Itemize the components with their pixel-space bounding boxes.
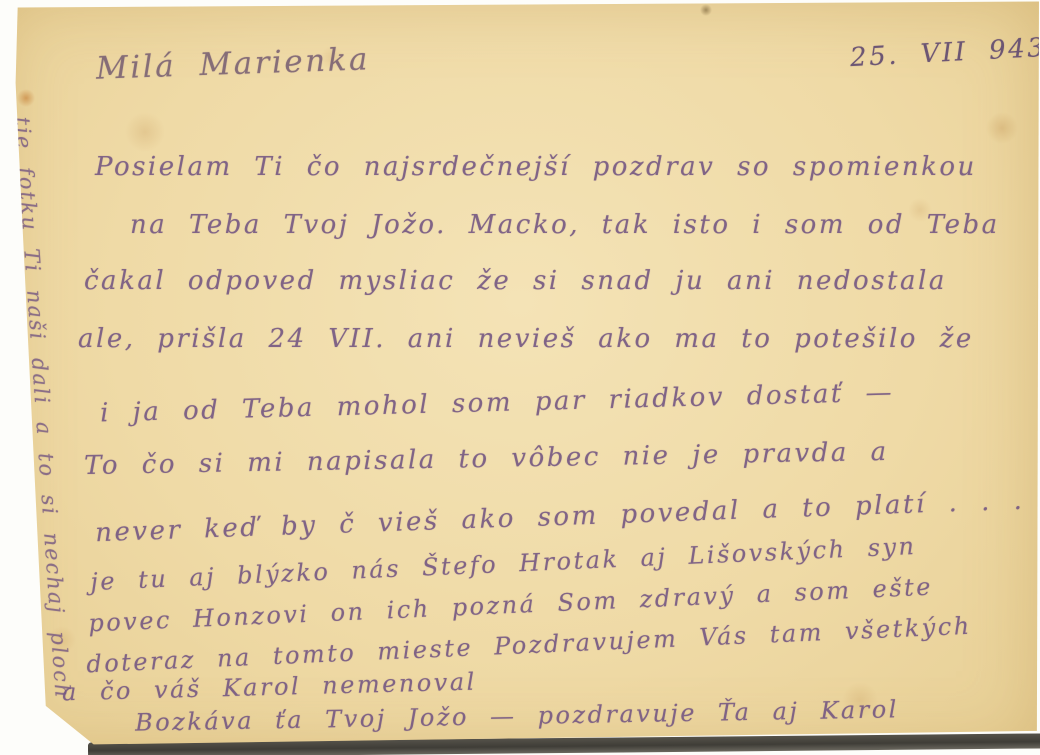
letter-line: i ja od Teba mohol som par riadkov dosta… [100,378,895,429]
postcard-paper: Milá Marienka 25. VII 943 tie fotku Ti n… [0,0,1040,755]
letter-date: 25. VII 943 [849,33,1040,73]
letter-line: To čo si mi napisala to vôbec nie je pra… [84,437,889,481]
letter-line: ale, prišla 24 VII. ani nevieš ako ma to… [78,324,974,354]
letter-greeting: Milá Marienka [95,41,370,87]
scanned-postcard: Milá Marienka 25. VII 943 tie fotku Ti n… [0,0,1040,755]
letter-signature-line: Bozkáva ťa Tvoj Jožo — pozdravuje Ťa aj … [135,695,899,736]
letter-line: na Teba Tvoj Jožo. Macko, tak isto i som… [130,210,1000,240]
letter-line: Posielam Ti čo najsrdečnejší pozdrav so … [95,152,977,182]
letter-line: čakal odpoved mysliac že si snad ju ani … [84,266,947,296]
left-margin-note: tie fotku Ti naši dali a to si nechaj pl… [10,116,75,700]
